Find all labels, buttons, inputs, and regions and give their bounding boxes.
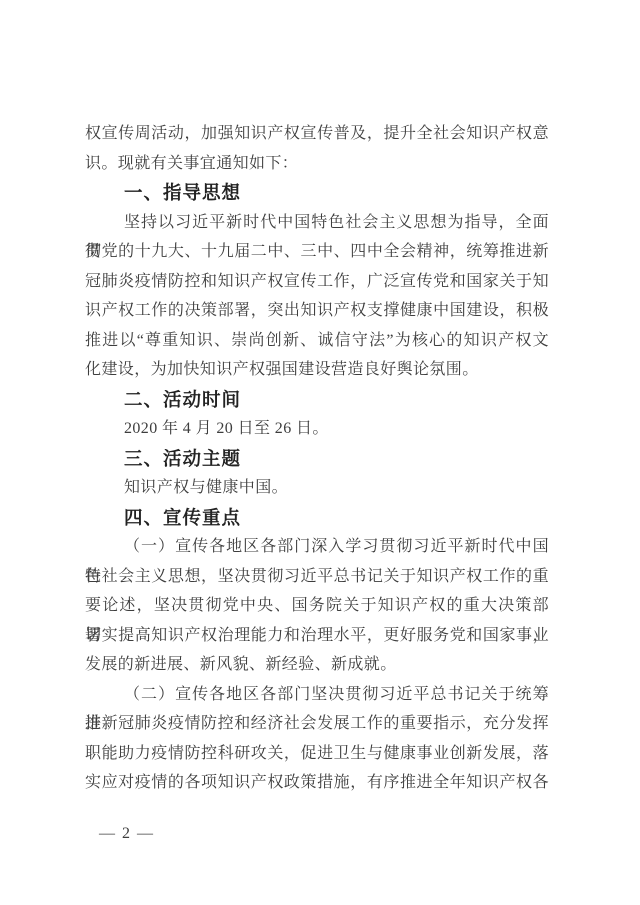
section-heading-1: 一、指导思想 [85, 178, 549, 208]
document-body: 权宣传周活动，加强知识产权宣传普及，提升全社会知识产权意 识。现就有关事宜通知如… [85, 119, 549, 798]
paragraph-line: 切实提高知识产权治理能力和治理水平，更好服务党和国家事业 [85, 621, 549, 651]
paragraph-line: 识产权工作的决策部署，突出知识产权支撑健康中国建设，积极 [85, 296, 549, 326]
paragraph-line: 推进以“尊重知识、崇尚创新、诚信守法”为核心的知识产权文 [85, 326, 549, 356]
section-heading-3: 三、活动主题 [85, 444, 549, 474]
paragraph-line: （二）宣传各地区各部门坚决贯彻习近平总书记关于统筹推 [85, 680, 549, 710]
paragraph-line: （一）宣传各地区各部门深入学习贯彻习近平新时代中国特 [85, 532, 549, 562]
section-heading-2: 二、活动时间 [85, 385, 549, 415]
document-page: 权宣传周活动，加强知识产权宣传普及，提升全社会知识产权意 识。现就有关事宜通知如… [0, 0, 640, 905]
paragraph-line: 化建设，为加快知识产权强国建设营造良好舆论氛围。 [85, 355, 549, 385]
paragraph-line: 色社会主义思想，坚决贯彻习近平总书记关于知识产权工作的重 [85, 562, 549, 592]
section-heading-4: 四、宣传重点 [85, 503, 549, 533]
paragraph-line: 坚持以习近平新时代中国特色社会主义思想为指导，全面贯 [85, 208, 549, 238]
paragraph-line: 进新冠肺炎疫情防控和经济社会发展工作的重要指示，充分发挥 [85, 709, 549, 739]
paragraph-line: 彻党的十九大、十九届二中、三中、四中全会精神，统筹推进新 [85, 237, 549, 267]
intro-line: 识。现就有关事宜通知如下： [85, 149, 549, 179]
paragraph-line: 实应对疫情的各项知识产权政策措施，有序推进全年知识产权各 [85, 768, 549, 798]
paragraph-line: 冠肺炎疫情防控和知识产权宣传工作，广泛宣传党和国家关于知 [85, 267, 549, 297]
intro-line: 权宣传周活动，加强知识产权宣传普及，提升全社会知识产权意 [85, 119, 549, 149]
paragraph-line: 职能助力疫情防控科研攻关，促进卫生与健康事业创新发展，落 [85, 739, 549, 769]
page-number: — 2 — [99, 821, 155, 847]
paragraph-line: 发展的新进展、新风貌、新经验、新成就。 [85, 650, 549, 680]
activity-theme-line: 知识产权与健康中国。 [85, 473, 549, 503]
paragraph-line: 要论述，坚决贯彻党中央、国务院关于知识产权的重大决策部署， [85, 591, 549, 621]
activity-date-line: 2020 年 4 月 20 日至 26 日。 [85, 414, 549, 444]
